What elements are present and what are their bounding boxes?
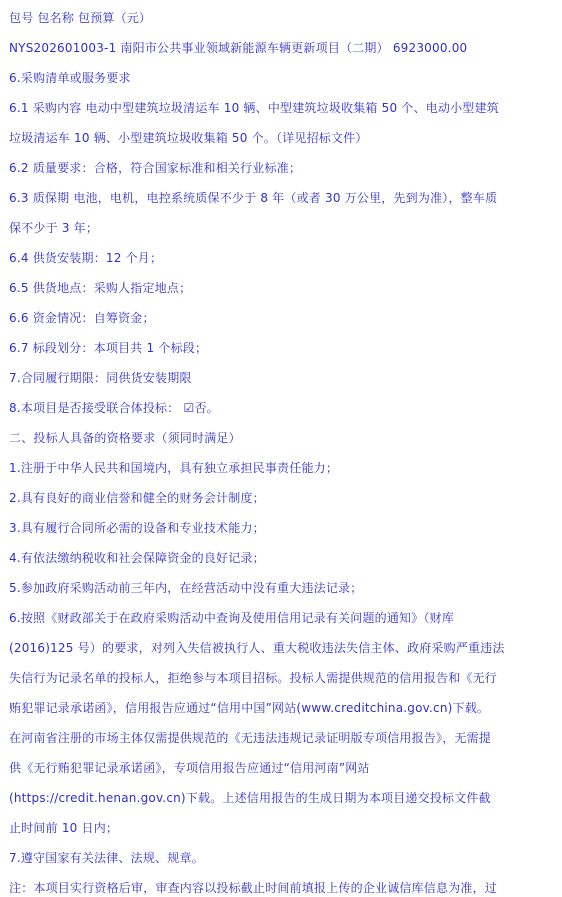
item-6-7: 6.7 标段划分：本项目共 1 个标段； — [9, 333, 557, 363]
qualification-item-6-line-6: 供《无行贿犯罪记录承诺函》，专项信用报告应通过“信用河南”网站 — [9, 753, 557, 783]
qualification-item-2: 2.具有良好的商业信誉和健全的财务会计制度； — [9, 483, 557, 513]
procurement-document: 包号 包名称 包预算（元） NYS202601003-1 南阳市公共事业领域新能… — [9, 3, 557, 897]
section-8-consortium: 8.本项目是否接受联合体投标： ☑否。 — [9, 393, 557, 423]
section-6-title: 6.采购清单或服务要求 — [9, 63, 557, 93]
qualification-item-7: 7.遵守国家有关法律、法规、规章。 — [9, 843, 557, 873]
item-6-3-line-1: 6.3 质保期 电池，电机，电控系统质保不少于 8 年（或者 30 万公里，先到… — [9, 183, 557, 213]
qualification-item-3: 3.具有履行合同所必需的设备和专业技术能力； — [9, 513, 557, 543]
qualification-item-6-line-2: (2016)125 号）的要求，对列入失信被执行人、重大税收违法失信主体、政府采… — [9, 633, 557, 663]
package-table-header: 包号 包名称 包预算（元） — [9, 3, 557, 33]
qualification-item-6-line-7: (https://credit.henan.gov.cn)下载。上述信用报告的生… — [9, 783, 557, 813]
item-6-1-line-2: 垃圾清运车 10 辆、小型建筑垃圾收集箱 50 个。（详见招标文件） — [9, 123, 557, 153]
item-6-2: 6.2 质量要求：合格，符合国家标准和相关行业标准； — [9, 153, 557, 183]
item-6-5: 6.5 供货地点：采购人指定地点； — [9, 273, 557, 303]
qualification-item-6-line-4: 贿犯罪记录承诺函》，信用报告应通过“信用中国”网站(www.creditchin… — [9, 693, 557, 723]
package-table-row: NYS202601003-1 南阳市公共事业领域新能源车辆更新项目（二期） 69… — [9, 33, 557, 63]
consortium-answer: 否。 — [194, 401, 218, 415]
qualification-item-4: 4.有依法缴纳税收和社会保障资金的良好记录； — [9, 543, 557, 573]
package-budget: 6923000.00 — [393, 41, 468, 55]
post-qualification-note: 注：本项目实行资格后审，审查内容以投标截止时间前填报上传的企业诚信库信息为准，过 — [9, 873, 557, 897]
item-6-4: 6.4 供货安装期：12 个月； — [9, 243, 557, 273]
consortium-label: 8.本项目是否接受联合体投标： — [9, 401, 179, 415]
item-6-1-line-1: 6.1 采购内容 电动中型建筑垃圾清运车 10 辆、中型建筑垃圾收集箱 50 个… — [9, 93, 557, 123]
package-name: 南阳市公共事业领域新能源车辆更新项目（二期） — [120, 41, 388, 55]
qualification-item-5: 5.参加政府采购活动前三年内，在经营活动中没有重大违法记录； — [9, 573, 557, 603]
package-number: NYS202601003-1 — [9, 41, 116, 55]
qualification-title: 二、投标人具备的资格要求（须同时满足） — [9, 423, 557, 453]
qualification-item-1: 1.注册于中华人民共和国境内，具有独立承担民事责任能力； — [9, 453, 557, 483]
qualification-item-6-line-8: 止时间前 10 日内； — [9, 813, 557, 843]
qualification-item-6-line-5: 在河南省注册的市场主体仅需提供规范的《无违法违规记录证明版专项信用报告》，无需提 — [9, 723, 557, 753]
section-7-contract-period: 7.合同履行期限：同供货安装期限 — [9, 363, 557, 393]
qualification-item-6-line-1: 6.按照《财政部关于在政府采购活动中查询及使用信用记录有关问题的通知》（财库 — [9, 603, 557, 633]
qualification-item-6-line-3: 失信行为记录名单的投标人，拒绝参与本项目招标。投标人需提供规范的信用报告和《无行 — [9, 663, 557, 693]
checkbox-checked-icon: ☑ — [183, 393, 194, 423]
item-6-6: 6.6 资金情况：自筹资金； — [9, 303, 557, 333]
item-6-3-line-2: 保不少于 3 年； — [9, 213, 557, 243]
